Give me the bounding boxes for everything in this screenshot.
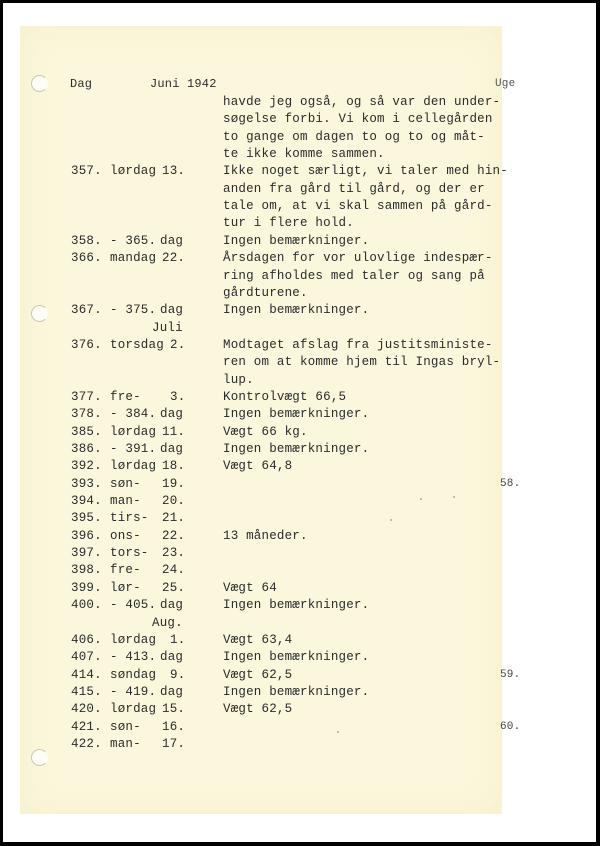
entry-day-number: 385. <box>71 424 102 441</box>
entry-day-number: 415. <box>71 684 102 701</box>
entry-text-line: Ikke noget særligt, vi taler med hin- <box>223 163 508 180</box>
entry-text-line: Ingen bemærkninger. <box>223 684 369 701</box>
entry-day-number: 406. <box>71 632 102 649</box>
entry-weekday: man- <box>110 736 141 753</box>
entry-weekday: ons- <box>110 528 141 545</box>
entry-weekday: torsdag <box>110 337 164 354</box>
entry-weekday: lør- <box>110 580 141 597</box>
entry-day-number: 399. <box>71 580 102 597</box>
month-label: Aug. <box>152 615 183 632</box>
entry-text-line: ring afholdes med taler og sang på <box>223 268 485 285</box>
entry-weekday: man- <box>110 493 141 510</box>
entry-date: 13. <box>162 163 185 180</box>
month-year-header: Juni 1942 <box>150 76 217 93</box>
entry-weekday: søndag <box>110 667 156 684</box>
entry-text-line: havde jeg også, og så var den under- <box>223 94 500 111</box>
entry-date: 25. <box>162 580 185 597</box>
entry-text-line: Årsdagen for vor ulovlige indespær- <box>223 250 493 267</box>
entry-date: dag <box>160 684 183 701</box>
entry-day-number: 398. <box>71 562 102 579</box>
entry-text-line: Ingen bemærkninger. <box>223 649 369 666</box>
entry-date: 15. <box>162 701 185 718</box>
entry-date: 18. <box>162 458 185 475</box>
entry-text-line: gårdturene. <box>223 285 308 302</box>
entry-day-number: 393. <box>71 476 102 493</box>
entry-day-number: 357. <box>71 163 102 180</box>
entry-weekday: lørdag <box>110 424 156 441</box>
week-number: 59. <box>500 667 520 684</box>
entry-text-line: Ingen bemærkninger. <box>223 597 369 614</box>
entry-weekday: fre- <box>110 389 141 406</box>
entry-day-number: 400. <box>71 597 102 614</box>
entry-text-line: Vægt 63,4 <box>223 632 292 649</box>
entry-weekday: tirs- <box>110 510 149 527</box>
entry-text-line: Vægt 62,5 <box>223 701 292 718</box>
entry-text-line: søgelse forbi. Vi kom i cellegården <box>223 111 493 128</box>
day-column-header: Dag <box>70 76 92 93</box>
entry-day-number: 376. <box>71 337 102 354</box>
entry-day-number: 397. <box>71 545 102 562</box>
entry-weekday: - 405. <box>110 597 156 614</box>
entry-day-number: 378. <box>71 406 102 423</box>
entry-weekday: - 375. <box>110 302 156 319</box>
entry-date: dag <box>160 649 183 666</box>
entry-text-line: tale om, at vi skal sammen på gård- <box>223 198 493 215</box>
entry-day-number: 421. <box>71 719 102 736</box>
entry-day-number: 377. <box>71 389 102 406</box>
entry-day-number: 366. <box>71 250 102 267</box>
punch-hole <box>31 749 48 766</box>
entry-day-number: 386. <box>71 441 102 458</box>
entry-day-number: 394. <box>71 493 102 510</box>
week-column-header: Uge <box>495 76 515 93</box>
entry-date: dag <box>160 441 183 458</box>
entry-date: dag <box>160 233 183 250</box>
entry-weekday: lørdag <box>110 701 156 718</box>
entry-date: 19. <box>162 476 185 493</box>
entry-weekday: tors- <box>110 545 149 562</box>
entry-weekday: lørdag <box>110 458 156 475</box>
entry-text-line: 13 måneder. <box>223 528 308 545</box>
entry-text-line: Kontrolvægt 66,5 <box>223 389 346 406</box>
entry-day-number: 414. <box>71 667 102 684</box>
entry-weekday: - 384. <box>110 406 156 423</box>
entry-date: 22. <box>162 528 185 545</box>
punch-hole <box>31 75 48 92</box>
entry-day-number: 420. <box>71 701 102 718</box>
entry-weekday: mandag <box>110 250 156 267</box>
entry-day-number: 392. <box>71 458 102 475</box>
entry-day-number: 407. <box>71 649 102 666</box>
entry-text-line: te ikke komme sammen. <box>223 146 385 163</box>
entry-date: 2. <box>170 337 185 354</box>
entry-weekday: - 391. <box>110 441 156 458</box>
entry-text-line: ren om at komme hjem til Ingas bryl- <box>223 354 500 371</box>
entry-weekday: - 365. <box>110 233 156 250</box>
entry-weekday: søn- <box>110 719 141 736</box>
entry-day-number: 367. <box>71 302 102 319</box>
entry-weekday: søn- <box>110 476 141 493</box>
entry-date: dag <box>160 302 183 319</box>
entry-day-number: 395. <box>71 510 102 527</box>
month-label: Juli <box>152 320 183 337</box>
entry-text-line: Vægt 66 kg. <box>223 424 308 441</box>
week-number: 60. <box>500 719 520 736</box>
entry-text-line: Ingen bemærkninger. <box>223 441 369 458</box>
entry-date: dag <box>160 406 183 423</box>
entry-weekday: - 413. <box>110 649 156 666</box>
entry-text-line: to gange om dagen to og to og måt- <box>223 129 485 146</box>
entry-text-line: Vægt 62,5 <box>223 667 292 684</box>
entry-text-line: lup. <box>223 372 254 389</box>
entry-text-line: tur i flere hold. <box>223 215 354 232</box>
entry-date: 20. <box>162 493 185 510</box>
entry-date: 24. <box>162 562 185 579</box>
entry-weekday: lørdag <box>110 163 156 180</box>
entry-text-line: Ingen bemærkninger. <box>223 233 369 250</box>
entry-date: 22. <box>162 250 185 267</box>
entry-text-line: anden fra gård til gård, og der er <box>223 181 485 198</box>
entry-day-number: 422. <box>71 736 102 753</box>
entry-date: 1. <box>170 632 185 649</box>
entry-day-number: 396. <box>71 528 102 545</box>
entry-weekday: fre- <box>110 562 141 579</box>
entry-text-line: Vægt 64,8 <box>223 458 292 475</box>
entry-date: 17. <box>162 736 185 753</box>
entry-date: 9. <box>170 667 185 684</box>
entry-date: 3. <box>170 389 185 406</box>
entry-date: 11. <box>162 424 185 441</box>
entry-date: 21. <box>162 510 185 527</box>
entry-text-line: Ingen bemærkninger. <box>223 406 369 423</box>
entry-weekday: - 419. <box>110 684 156 701</box>
week-number: 58. <box>500 476 520 493</box>
entry-date: 23. <box>162 545 185 562</box>
entry-text-line: Modtaget afslag fra justitsministe- <box>223 337 493 354</box>
punch-hole <box>31 305 48 322</box>
entry-date: dag <box>160 597 183 614</box>
entry-text-line: Ingen bemærkninger. <box>223 302 369 319</box>
entry-date: 16. <box>162 719 185 736</box>
entry-text-line: Vægt 64 <box>223 580 277 597</box>
entry-day-number: 358. <box>71 233 102 250</box>
entry-weekday: lørdag <box>110 632 156 649</box>
